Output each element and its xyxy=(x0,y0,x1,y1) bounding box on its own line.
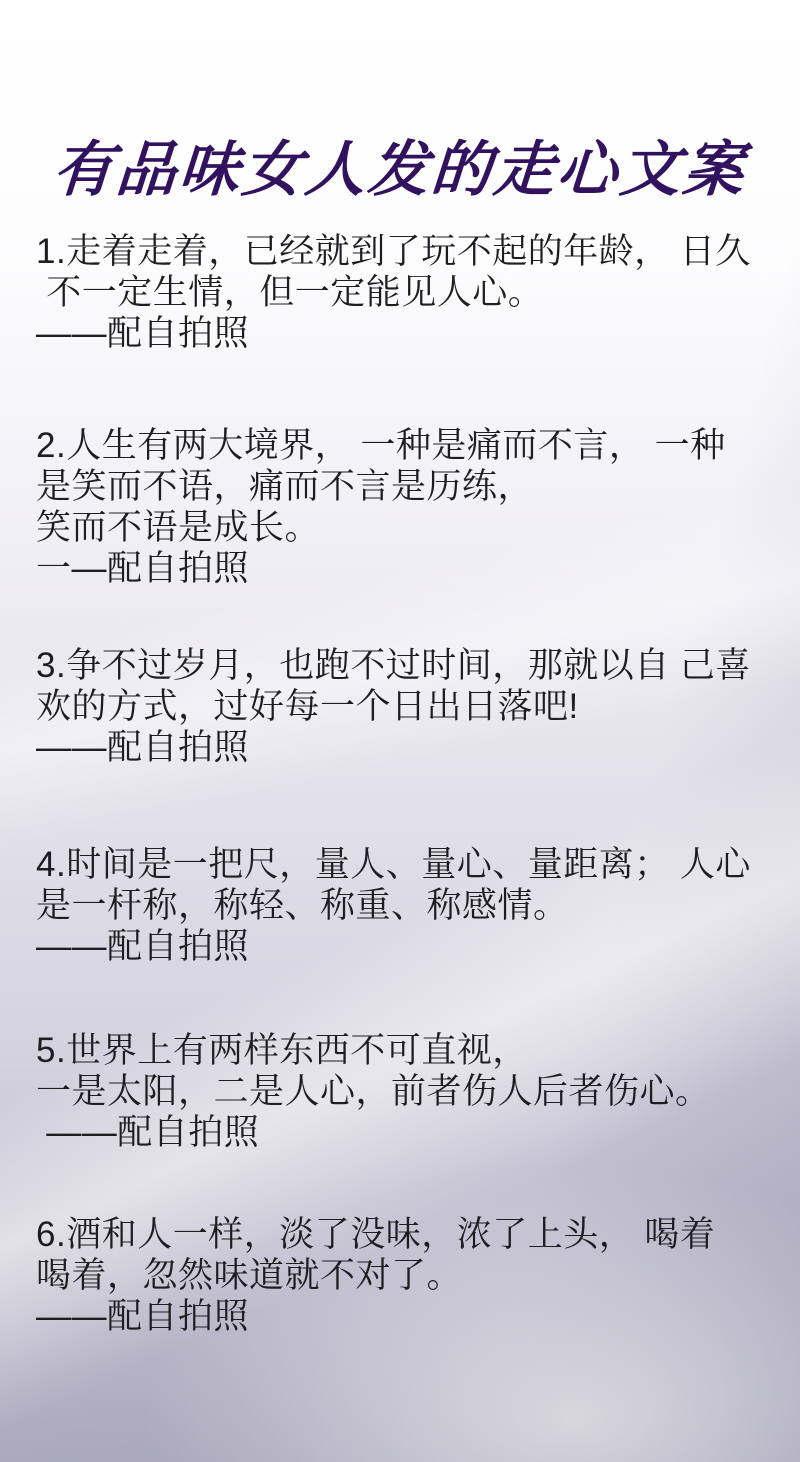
quote-line: 是笑而不语，痛而不言是历练， xyxy=(36,466,772,507)
quote-attribution: ——配自拍照 xyxy=(36,727,772,768)
quote-line: 欢的方式，过好每一个日出日落吧! xyxy=(36,686,772,727)
quote-block-1: 1.走着走着，已经就到了玩不起的年龄， 日久 不一定生情，但一定能见人心。 ——… xyxy=(36,231,772,354)
quote-block-3: 3.争不过岁月，也跑不过时间，那就以自 己喜 欢的方式，过好每一个日出日落吧! … xyxy=(36,645,772,768)
quote-line: 笑而不语是成长。 xyxy=(36,507,772,548)
quote-line: 5.世界上有两样东西不可直视， xyxy=(36,1030,772,1071)
quote-line: 是一杆称，称轻、称重、称感情。 xyxy=(36,885,772,926)
quote-attribution: ——配自拍照 xyxy=(36,926,772,967)
quote-attribution: ——配自拍照 xyxy=(36,1296,772,1337)
quote-attribution: 一—配自拍照 xyxy=(36,548,772,589)
page-title: 有品味女人发的走心文案 xyxy=(0,122,800,208)
quote-attribution: ——配自拍照 xyxy=(36,1112,772,1153)
quote-line: 1.走着走着，已经就到了玩不起的年龄， 日久 xyxy=(36,231,772,272)
quote-block-2: 2.人生有两大境界， 一种是痛而不言， 一种 是笑而不语，痛而不言是历练， 笑而… xyxy=(36,425,772,589)
poster-background: 有品味女人发的走心文案 1.走着走着，已经就到了玩不起的年龄， 日久 不一定生情… xyxy=(0,0,800,1462)
quote-attribution: ——配自拍照 xyxy=(36,313,772,354)
quote-block-5: 5.世界上有两样东西不可直视， 一是太阳，二是人心，前者伤人后者伤心。 ——配自… xyxy=(36,1030,772,1153)
quote-line: 3.争不过岁月，也跑不过时间，那就以自 己喜 xyxy=(36,645,772,686)
quote-line: 6.酒和人一样，淡了没味，浓了上头， 喝着 xyxy=(36,1214,772,1255)
quote-block-4: 4.时间是一把尺，量人、量心、量距离； 人心 是一杆称，称轻、称重、称感情。 —… xyxy=(36,844,772,967)
quote-line: 2.人生有两大境界， 一种是痛而不言， 一种 xyxy=(36,425,772,466)
quote-line: 4.时间是一把尺，量人、量心、量距离； 人心 xyxy=(36,844,772,885)
quote-line: 不一定生情，但一定能见人心。 xyxy=(36,272,772,313)
quote-block-6: 6.酒和人一样，淡了没味，浓了上头， 喝着 喝着，忽然味道就不对了。 ——配自拍… xyxy=(36,1214,772,1337)
quote-line: 一是太阳，二是人心，前者伤人后者伤心。 xyxy=(36,1071,772,1112)
quote-line: 喝着，忽然味道就不对了。 xyxy=(36,1255,772,1296)
